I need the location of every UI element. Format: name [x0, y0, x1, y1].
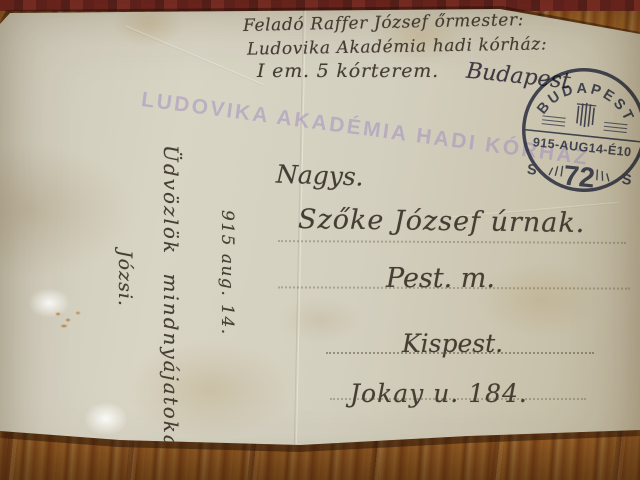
photo-frame: LUDOVIKA AKADÉMIA HADI KÓRHÁZ Feladó Raf… — [0, 0, 640, 480]
sender-line-3: I em. 5 kórterem. — [257, 60, 439, 82]
side-note-greeting: Üdvözlök mindnyájatokat — [159, 145, 183, 459]
address-county: Pest. m. — [386, 263, 495, 294]
rust-speckles — [52, 308, 86, 330]
postmark-hatching-left — [542, 116, 566, 126]
postmark-date: 915-AUG14-É10 — [532, 134, 632, 159]
postmark-ornament-left — [549, 165, 563, 177]
side-note-date: 915 aug. 14. — [217, 210, 237, 336]
paper-tear-spot — [84, 402, 128, 436]
address-salutation: Nagys. — [276, 159, 365, 191]
postmark-stamp: BUDAPEST 915-AUG14-É10 72 S S — [509, 55, 640, 204]
side-note-signature: Józsi. — [114, 250, 136, 307]
address-street: Jokay u. 184. — [350, 379, 528, 408]
postmark-ornament-right — [596, 170, 610, 182]
postmark-letter-right: S — [621, 172, 633, 189]
postmark-office-number: 72 — [562, 159, 597, 194]
postcard: LUDOVIKA AKADÉMIA HADI KÓRHÁZ Feladó Raf… — [0, 0, 640, 480]
postmark-hatching-right — [604, 122, 628, 132]
sender-line-1: Feladó Raffer József őrmester: — [243, 10, 524, 36]
sender-line-2: Ludovika Akadémia hadi kórház: — [247, 34, 548, 59]
address-rule-line — [278, 240, 626, 244]
address-name: Szőke József úrnak. — [298, 204, 586, 239]
address-city: Kispest. — [402, 329, 503, 358]
postmark-letter-left: S — [526, 162, 538, 179]
